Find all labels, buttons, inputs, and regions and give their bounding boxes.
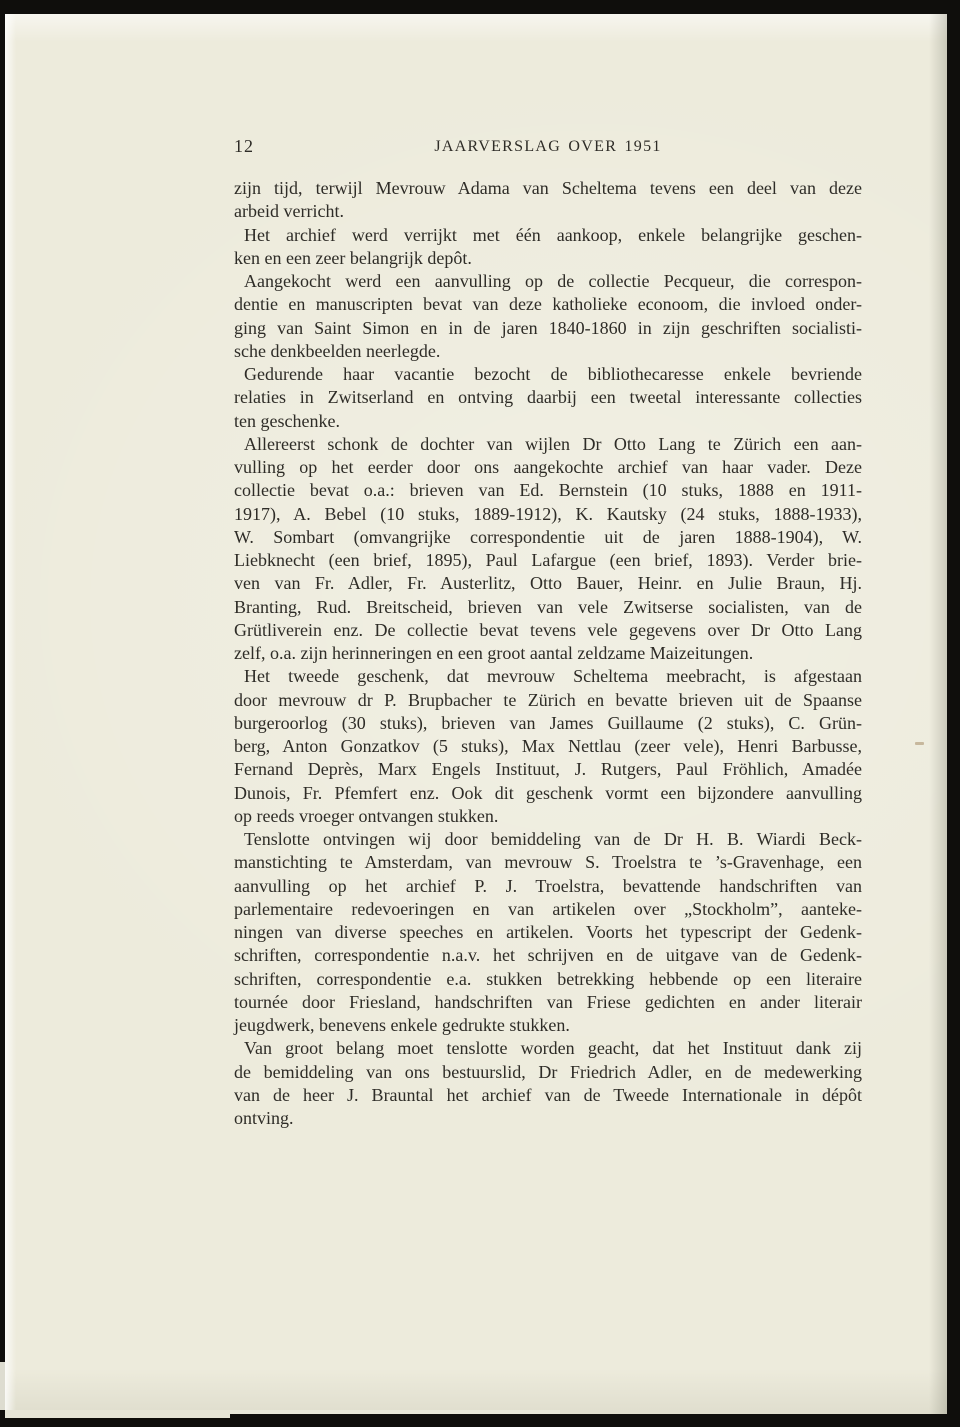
- text-line: ven van Fr. Adler, Fr. Austerlitz, Otto …: [234, 572, 862, 595]
- page-title: JAARVERSLAG OVER 1951: [234, 138, 862, 156]
- text-line: manstichting te Amsterdam, van mevrouw S…: [234, 851, 862, 874]
- text-line: tournée door Friesland, handschriften va…: [234, 991, 862, 1014]
- text-column: 12 JAARVERSLAG OVER 1951 zijn tijd, terw…: [234, 14, 862, 1414]
- text-line: aanvulling op het archief P. J. Troelstr…: [234, 875, 862, 898]
- text-line: Branting, Rud. Breitscheid, brieven van …: [234, 596, 862, 619]
- text-line: parlementaire redevoeringen en van artik…: [234, 898, 862, 921]
- paragraph: Het archief werd verrijkt met één aankoo…: [234, 224, 862, 271]
- text-line: burgeroorlog (30 stuks), brieven van Jam…: [234, 712, 862, 735]
- text-line: zelf, o.a. zijn herinneringen en een gro…: [234, 642, 862, 665]
- text-line: Gedurende haar vacantie bezocht de bibli…: [234, 363, 862, 386]
- text-line: jeugdwerk, benevens enkele gedrukte stuk…: [234, 1014, 862, 1037]
- paragraph: zijn tijd, terwijl Mevrouw Adama van Sch…: [234, 177, 862, 224]
- text-line: Aangekocht werd een aanvulling op de col…: [234, 270, 862, 293]
- text-line: Het archief werd verrijkt met één aankoo…: [234, 224, 862, 247]
- scan-border-bottom-edge: [230, 1410, 560, 1414]
- paragraph: Aangekocht werd een aanvulling op de col…: [234, 270, 862, 363]
- text-line: Dunois, Fr. Pfemfert enz. Ook dit gesche…: [234, 782, 862, 805]
- text-line: vulling op het eerder door ons aangekoch…: [234, 456, 862, 479]
- text-line: collectie bevat o.a.: brieven van Ed. Be…: [234, 479, 862, 502]
- text-line: Liebknecht (een brief, 1895), Paul Lafar…: [234, 549, 862, 572]
- text-line: berg, Anton Gonzatkov (5 stuks), Max Net…: [234, 735, 862, 758]
- text-line: ken en een zeer belangrijk depôt.: [234, 247, 862, 270]
- text-line: ningen van diverse speeches en artikelen…: [234, 921, 862, 944]
- text-line: ten geschenke.: [234, 410, 862, 433]
- scan-artifact-dash: [915, 742, 924, 745]
- text-line: Van groot belang moet tenslotte worden g…: [234, 1037, 862, 1060]
- paragraph: Allereerst schonk de dochter van wijlen …: [234, 433, 862, 666]
- scanned-document-page: 12 JAARVERSLAG OVER 1951 zijn tijd, terw…: [0, 0, 960, 1427]
- text-line: ontving.: [234, 1107, 862, 1130]
- text-line: Fernand Deprès, Marx Engels Instituut, J…: [234, 758, 862, 781]
- text-line: W. Sombart (omvangrijke correspondentie …: [234, 526, 862, 549]
- text-line: schriften, correspondentie n.a.v. het sc…: [234, 944, 862, 967]
- text-line: arbeid verricht.: [234, 200, 862, 223]
- text-line: Het tweede geschenk, dat mevrouw Schelte…: [234, 665, 862, 688]
- text-line: Tenslotte ontvingen wij door bemiddeling…: [234, 828, 862, 851]
- page-body: zijn tijd, terwijl Mevrouw Adama van Sch…: [234, 177, 862, 1130]
- text-line: zijn tijd, terwijl Mevrouw Adama van Sch…: [234, 177, 862, 200]
- text-line: Grütliverein enz. De collectie bevat tev…: [234, 619, 862, 642]
- paragraph: Het tweede geschenk, dat mevrouw Schelte…: [234, 665, 862, 828]
- page-header: 12 JAARVERSLAG OVER 1951: [234, 136, 862, 158]
- scan-border-top: [0, 0, 960, 14]
- text-line: door mevrouw dr P. Brupbacher te Zürich …: [234, 689, 862, 712]
- text-line: de bemiddeling van ons bestuurslid, Dr F…: [234, 1061, 862, 1084]
- text-line: op reeds vroeger ontvangen stukken.: [234, 805, 862, 828]
- text-line: Allereerst schonk de dochter van wijlen …: [234, 433, 862, 456]
- scan-border-bottom-edge: [5, 1410, 230, 1418]
- paragraph: Van groot belang moet tenslotte worden g…: [234, 1037, 862, 1130]
- text-line: van de heer J. Brauntal het archief van …: [234, 1084, 862, 1107]
- text-line: schriften, correspondentie e.a. stukken …: [234, 968, 862, 991]
- text-line: 1917), A. Bebel (10 stuks, 1889-1912), K…: [234, 503, 862, 526]
- page-paper: 12 JAARVERSLAG OVER 1951 zijn tijd, terw…: [5, 14, 947, 1414]
- text-line: sche denkbeelden neerlegde.: [234, 340, 862, 363]
- paragraph: Gedurende haar vacantie bezocht de bibli…: [234, 363, 862, 433]
- text-line: dentie en manuscripten bevat van deze ka…: [234, 293, 862, 316]
- scan-border-right: [947, 14, 960, 1427]
- text-line: relaties in Zwitserland en ontving daarb…: [234, 386, 862, 409]
- paragraph: Tenslotte ontvingen wij door bemiddeling…: [234, 828, 862, 1037]
- text-line: ging van Saint Simon en in de jaren 1840…: [234, 317, 862, 340]
